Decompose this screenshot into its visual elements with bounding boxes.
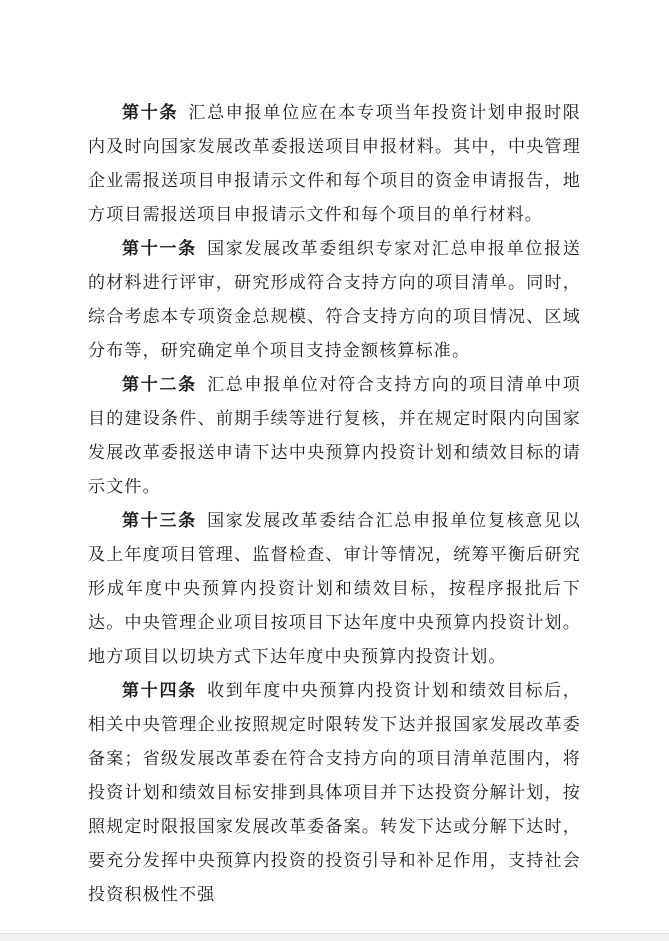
document-page: 第十条汇总申报单位应在本专项当年投资计划申报时限内及时向国家发展改革委报送项目申…	[0, 0, 669, 941]
article-number: 第十一条	[122, 239, 197, 259]
article-paragraph: 第十三条国家发展改革委结合汇总申报单位复核意见以及上年度项目管理、监督检查、审计…	[88, 504, 581, 674]
document-text-block: 第十条汇总申报单位应在本专项当年投资计划申报时限内及时向国家发展改革委报送项目申…	[88, 96, 581, 912]
article-number: 第十三条	[122, 511, 197, 531]
article-paragraph: 第十一条国家发展改革委组织专家对汇总申报单位报送的材料进行评审，研究形成符合支持…	[88, 232, 581, 368]
article-number: 第十条	[122, 103, 178, 123]
page-bottom-edge	[0, 933, 669, 941]
article-number: 第十四条	[122, 681, 197, 701]
article-paragraph: 第十二条汇总申报单位对符合支持方向的项目清单中项目的建设条件、前期手续等进行复核…	[88, 368, 581, 504]
article-paragraph: 第十条汇总申报单位应在本专项当年投资计划申报时限内及时向国家发展改革委报送项目申…	[88, 96, 581, 232]
article-text: 收到年度中央预算内投资计划和绩效目标后，相关中央管理企业按照规定时限转发下达并报…	[88, 681, 581, 905]
article-text: 国家发展改革委结合汇总申报单位复核意见以及上年度项目管理、监督检查、审计等情况，…	[88, 511, 581, 667]
article-paragraph: 第十四条收到年度中央预算内投资计划和绩效目标后，相关中央管理企业按照规定时限转发…	[88, 674, 581, 912]
article-number: 第十二条	[122, 375, 197, 395]
